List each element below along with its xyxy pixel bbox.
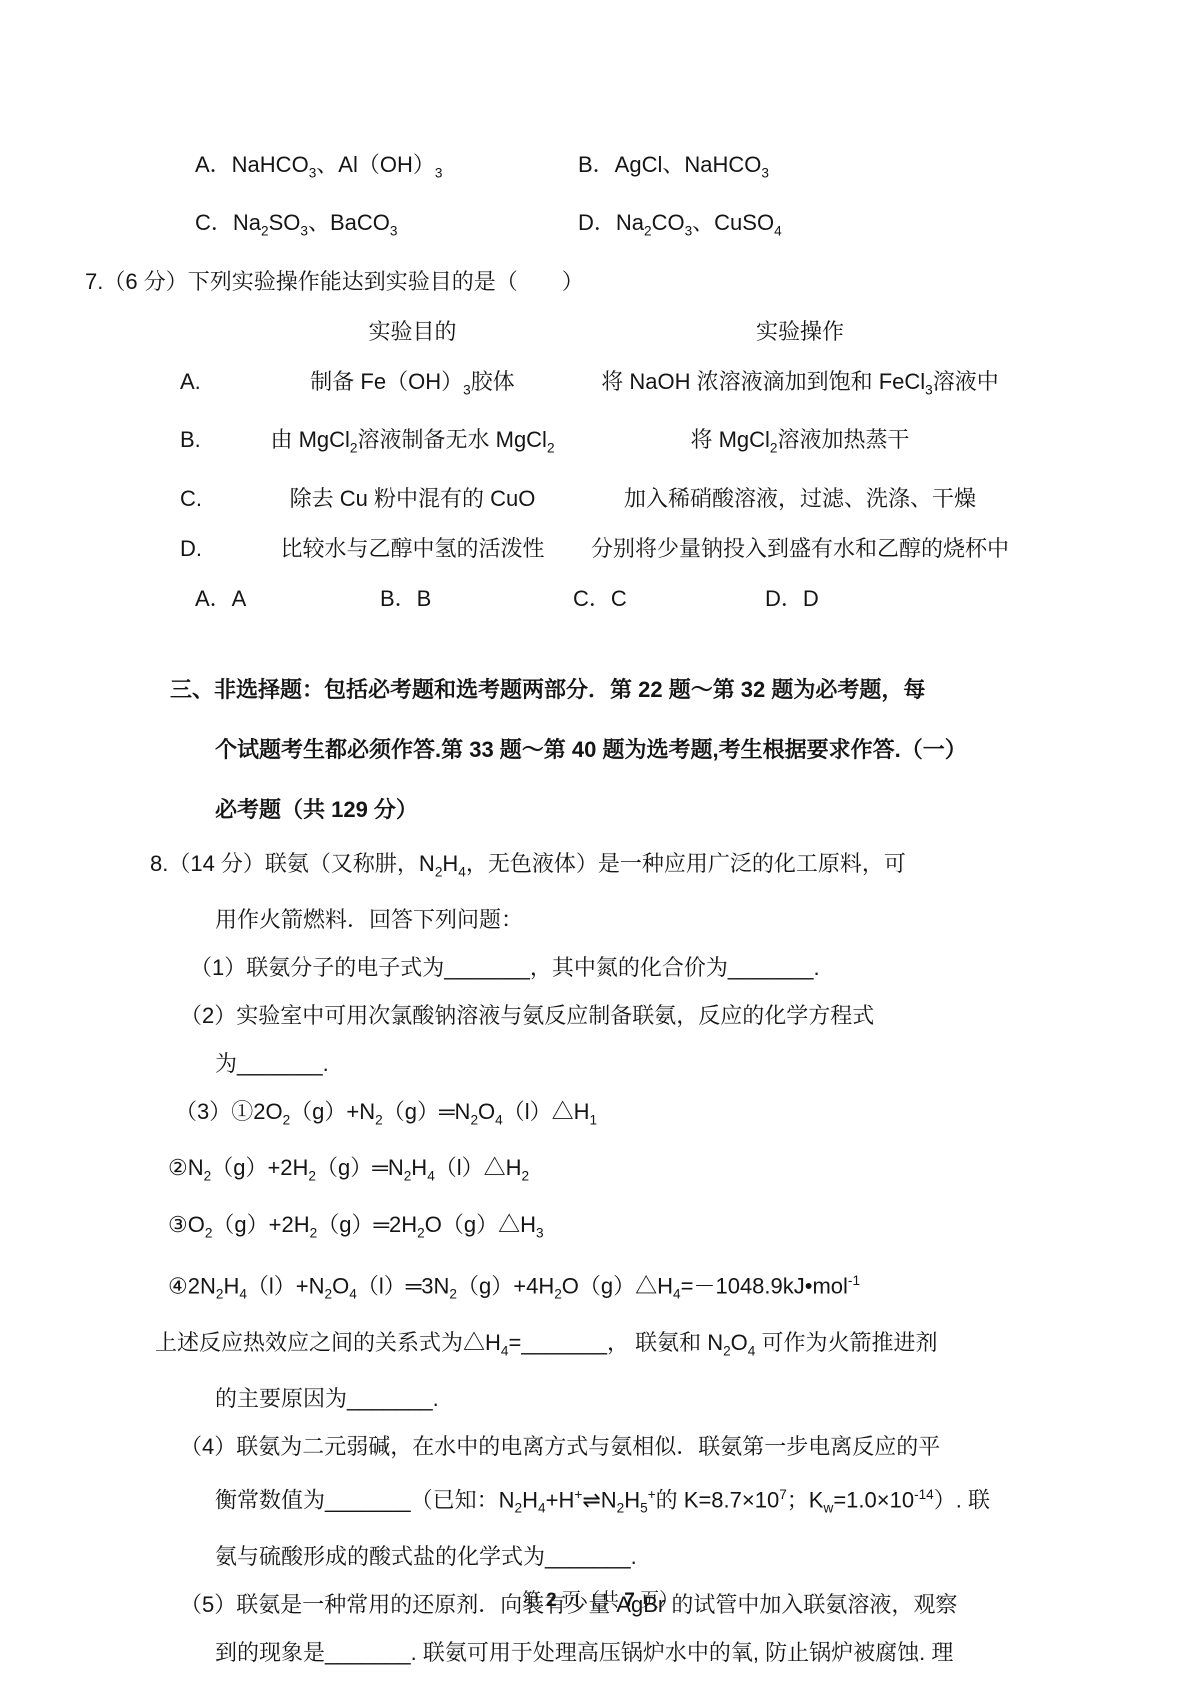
table-header-empty (180, 307, 240, 357)
q8-part-1: （1）联氨分子的电子式为_______，其中氮的化合价为_______. (190, 944, 1200, 992)
q6-option-a: A．NaHCO3、Al（OH）3 (195, 140, 578, 198)
q7-choice-d: D．D (765, 574, 819, 624)
table-row-d-purpose: 比较水与乙醇中氢的活泼性 (240, 524, 585, 574)
section-3-heading: 三、非选择题：包括必考题和选考题两部分．第 22 题～第 32 题为必考题，每 … (0, 660, 1200, 840)
question-8: 8.（14 分）联氨（又称肼，N2H4，无色液体）是一种应用广泛的化工原料，可 … (0, 840, 1200, 1677)
table-row-c-purpose: 除去 Cu 粉中混有的 CuO (240, 474, 585, 524)
section-3-line-2: 个试题考生都必须作答.第 33 题～第 40 题为选考题,考生根据要求作答.（一… (215, 720, 1200, 780)
q8-part-4-line-1: （4）联氨为二元弱碱，在水中的电离方式与氨相似．联氨第一步电离反应的平 (180, 1423, 1200, 1471)
table-row-d-label: D. (180, 524, 240, 574)
q8-part-5-line-2: 到的现象是_______. 联氨可用于处理高压锅炉水中的氧, 防止锅炉被腐蚀. … (215, 1629, 1200, 1677)
page-number-footer: 第 2 页（共 7 页） (0, 1586, 1200, 1616)
exam-document-page: A．NaHCO3、Al（OH）3 B．AgCl、NaHCO3 C．Na2SO3、… (0, 0, 1200, 1698)
q6-option-d: D．Na2CO3、CuSO4 (578, 198, 782, 256)
q7-experiment-table: 实验目的 实验操作 A. 制备 Fe（OH）3胶体 将 NaOH 浓溶液滴加到饱… (180, 307, 1200, 574)
section-3-line-1: 三、非选择题：包括必考题和选考题两部分．第 22 题～第 32 题为必考题，每 (170, 660, 1200, 720)
table-row-b-label: B. (180, 415, 240, 473)
q8-stem-line-1: 8.（14 分）联氨（又称肼，N2H4，无色液体）是一种应用广泛的化工原料，可 (150, 840, 1200, 896)
question-7-stem: 7.（6 分）下列实验操作能达到实验目的是（ ） (85, 257, 1200, 307)
q8-part-3-relation-line-1: 上述反应热效应之间的关系式为△H4=_______， 联氨和 N2O4 可作为火… (155, 1319, 1200, 1375)
table-row-d-operation: 分别将少量钠投入到盛有水和乙醇的烧杯中 (585, 524, 1015, 574)
section-3-line-3: 必考题（共 129 分） (215, 780, 1200, 840)
q8-part-3-eq-4: ④2N2H4（l）+N2O4（l）═3N2（g）+4H2O（g）△H4=－104… (168, 1257, 1200, 1319)
table-row-b-operation: 将 MgCl2溶液加热蒸干 (585, 415, 1015, 473)
table-row-a-label: A. (180, 357, 240, 415)
q6-option-c: C．Na2SO3、BaCO3 (195, 198, 578, 256)
q7-choice-a: A．A (195, 574, 380, 624)
q8-part-4-line-2: 衡常数值为_______（已知：N2H4+H+⇌N2H5+的 K=8.7×107… (215, 1471, 1200, 1533)
table-row-b-purpose: 由 MgCl2溶液制备无水 MgCl2 (240, 415, 585, 473)
q8-part-3-relation-line-2: 的主要原因为_______. (215, 1375, 1200, 1423)
table-header-purpose: 实验目的 (240, 307, 585, 357)
q8-stem-line-2: 用作火箭燃料．回答下列问题： (215, 896, 1200, 944)
q6-options-row-1: A．NaHCO3、Al（OH）3 B．AgCl、NaHCO3 (195, 140, 1200, 198)
table-row-a-purpose: 制备 Fe（OH）3胶体 (240, 357, 585, 415)
q8-part-4-line-3: 氨与硫酸形成的酸式盐的化学式为_______. (215, 1533, 1200, 1581)
page-content: A．NaHCO3、Al（OH）3 B．AgCl、NaHCO3 C．Na2SO3、… (0, 0, 1200, 1677)
table-row-c-label: C. (180, 474, 240, 524)
table-header-operation: 实验操作 (585, 307, 1015, 357)
q8-part-2-line-2: 为_______. (215, 1040, 1200, 1088)
q8-part-3-eq-1: （3）①2O2（g）+N2（g）═N2O4（l）△H1 (175, 1088, 1200, 1144)
q8-part-3-eq-3: ③O2（g）+2H2（g）═2H2O（g）△H3 (168, 1201, 1200, 1257)
table-row-a-operation: 将 NaOH 浓溶液滴加到饱和 FeCl3溶液中 (585, 357, 1015, 415)
q8-part-2-line-1: （2）实验室中可用次氯酸钠溶液与氨反应制备联氨，反应的化学方程式 (180, 992, 1200, 1040)
q7-answer-choices: A．A B．B C．C D．D (195, 574, 1200, 624)
q6-option-b: B．AgCl、NaHCO3 (578, 140, 769, 198)
q8-part-3-eq-2: ②N2（g）+2H2（g）═N2H4（l）△H2 (168, 1144, 1200, 1200)
q7-choice-c: C．C (573, 574, 765, 624)
table-row-c-operation: 加入稀硝酸溶液，过滤、洗涤、干燥 (585, 474, 1015, 524)
q7-choice-b: B．B (380, 574, 573, 624)
q6-options-row-2: C．Na2SO3、BaCO3 D．Na2CO3、CuSO4 (195, 198, 1200, 256)
